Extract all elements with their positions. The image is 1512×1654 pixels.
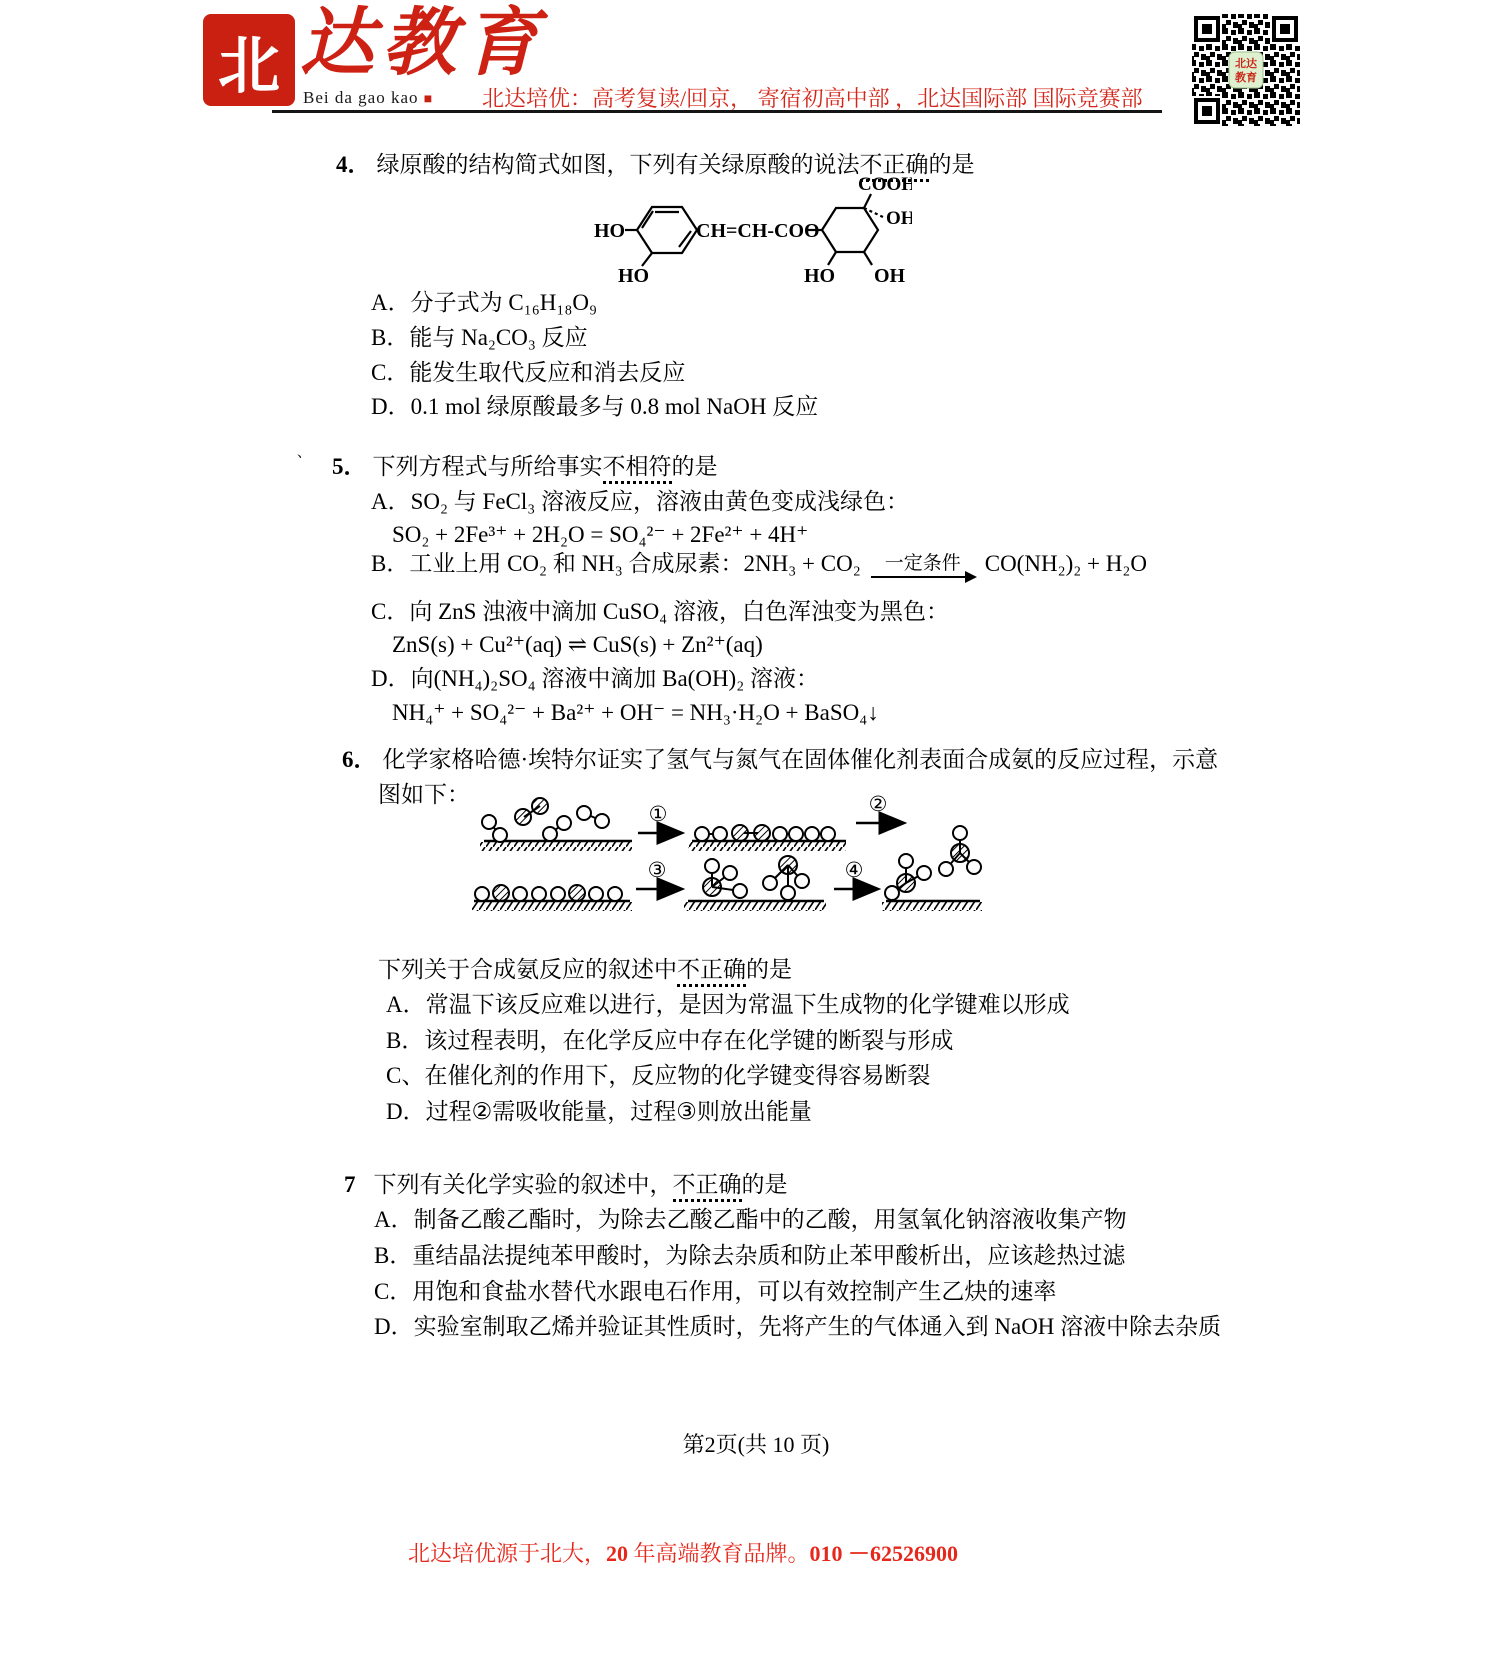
haber-process-diagram: ① ② ③	[472, 793, 982, 915]
catalyst-surfaces-row1	[480, 841, 846, 851]
q4-option-d-text: 0.1 mol 绿原酸最多与 0.8 mol NaOH 反应	[411, 392, 819, 422]
banner-phone: 010 －62526900	[810, 1541, 959, 1566]
step4-label: ④	[845, 858, 864, 882]
q5-stem: 5．下列方程式与所给事实不相符的是	[332, 452, 718, 482]
q6-option-c-label: C、	[386, 1061, 424, 1091]
q5-option-d-equation: NH₄⁺ + SO₄²⁻ + Ba²⁺ + OH⁻ = NH₃·H₂O + Ba…	[392, 698, 879, 728]
q7-option-b-text: 重结晶法提纯苯甲酸时，为除去杂质和防止苯甲酸析出，应该趁热过滤	[412, 1241, 1125, 1271]
q5-option-d-text: 向(NH₄)₂SO₄ 溶液中滴加 Ba(OH)₂ 溶液：	[411, 664, 819, 694]
logo-subtitle-square-icon: ■	[424, 92, 433, 107]
q5-option-a-equation: SO₂ + 2Fe³⁺ + 2H₂O = SO₄²⁻ + 2Fe²⁺ + 4H⁺	[392, 520, 808, 550]
q6-number: 6．	[342, 747, 377, 772]
structure-oh-bottom: OH	[874, 265, 906, 286]
q5-stray-mark: 、	[297, 442, 311, 462]
q7-stem-emphasis: 不正确	[673, 1172, 742, 1202]
q4-stem-post: 的是	[929, 152, 975, 177]
qr-code: 北达 教育	[1190, 12, 1302, 128]
q5-option-c: C． 向 ZnS 浊液中滴加 CuSO₄ 溶液，白色浑浊变为黑色：	[371, 597, 949, 627]
q4-option-c-label: C．	[371, 358, 409, 388]
logo-seal-char: 北	[218, 16, 280, 105]
q6-option-a: A． 常温下该反应难以进行，是因为常温下生成物的化学键难以形成	[386, 990, 1070, 1020]
q6-option-c-text: 在催化剂的作用下，反应物的化学键变得容易断裂	[424, 1061, 930, 1091]
q7-option-a-text: 制备乙酸乙酯时，为除去乙酸乙酯中的乙酸，用氢氧化钠溶液收集产物	[414, 1205, 1127, 1235]
q6-stem-line1: 6．化学家格哈德·埃特尔证实了氢气与氮气在固体催化剂表面合成氨的反应过程，示意	[342, 745, 1218, 775]
logo-subtitle-text: Bei da gao kao	[303, 88, 419, 107]
q7-option-c: C． 用饱和食盐水替代水跟电石作用，可以有效控制产生乙炔的速率	[374, 1277, 1056, 1307]
adsorbed-molecules	[695, 825, 835, 841]
released-ammonia	[885, 826, 981, 900]
q7-option-c-label: C．	[374, 1277, 412, 1307]
q4-option-d-label: D．	[371, 392, 411, 422]
q7-option-a-label: A．	[374, 1205, 414, 1235]
q7-option-c-text: 用饱和食盐水替代水跟电石作用，可以有效控制产生乙炔的速率	[412, 1277, 1056, 1307]
q5-option-b-pre: 工业上用 CO₂ 和 NH₃ 合成尿素：2NH₃ + CO₂	[409, 549, 860, 579]
q5-option-d: D． 向(NH₄)₂SO₄ 溶液中滴加 Ba(OH)₂ 溶液：	[371, 664, 819, 694]
q5-option-c-text: 向 ZnS 浊液中滴加 CuSO₄ 溶液，白色浑浊变为黑色：	[409, 597, 949, 627]
step3-label: ③	[648, 858, 667, 882]
header-divider	[272, 110, 1162, 113]
q7-option-d: D． 实验室制取乙烯并验证其性质时，先将产生的气体通入到 NaOH 溶液中除去杂…	[374, 1312, 1221, 1342]
q6-option-d-label: D．	[386, 1097, 426, 1127]
q5-option-a: A． SO₂ 与 FeCl₃ 溶液反应，溶液由黄色变成浅绿色：	[371, 487, 909, 517]
q5-option-b: B． 工业上用 CO₂ 和 NH₃ 合成尿素：2NH₃ + CO₂ 一定条件 C…	[371, 549, 1147, 579]
q4-option-c: C． 能发生取代反应和消去反应	[371, 358, 685, 388]
q5-number: 5．	[332, 454, 367, 479]
q5-reaction-condition-arrow: 一定条件	[871, 554, 975, 578]
q6-stem-line2: 图如下：	[378, 780, 470, 810]
q7-option-d-text: 实验室制取乙烯并验证其性质时，先将产生的气体通入到 NaOH 溶液中除去杂质	[414, 1312, 1222, 1342]
qr-badge-line2: 教育	[1234, 70, 1257, 84]
q5-option-c-label: C．	[371, 597, 409, 627]
q7-option-d-label: D．	[374, 1312, 414, 1342]
q6-option-b-label: B．	[386, 1026, 424, 1056]
dissociated-atoms	[475, 885, 622, 901]
step2-label: ②	[869, 793, 888, 816]
q6-substem-post: 的是	[746, 957, 792, 982]
q5-arrow-condition-label: 一定条件	[885, 554, 961, 574]
q4-option-a-text: 分子式为 C₁₆H₁₈O₉	[411, 288, 597, 318]
q6-stem-text1: 化学家格哈德·埃特尔证实了氢气与氮气在固体催化剂表面合成氨的反应过程，示意	[383, 747, 1219, 772]
q4-option-b-text: 能与 Na₂CO₃ 反应	[409, 323, 587, 353]
structure-chain: CH=CH-COO	[696, 220, 820, 242]
q6-option-b: B． 该过程表明，在化学反应中存在化学键的断裂与形成	[386, 1026, 953, 1056]
logo-brand-text: 达教育	[300, 2, 546, 86]
page-number: 第2页(共 10 页)	[0, 1428, 1512, 1459]
q6-substem: 下列关于合成氨反应的叙述中不正确的是	[378, 955, 792, 985]
q7-number: 7	[344, 1172, 356, 1197]
q5-option-c-equation: ZnS(s) + Cu²⁺(aq) ⇌ CuS(s) + Zn²⁺(aq)	[392, 630, 763, 660]
gas-molecules	[482, 798, 609, 842]
banner-bold-years: 20	[606, 1541, 628, 1566]
q7-option-b: B． 重结晶法提纯苯甲酸时，为除去杂质和防止苯甲酸析出，应该趁热过滤	[374, 1241, 1125, 1271]
q4-option-a-label: A．	[371, 288, 411, 318]
q4-stem-pre: 绿原酸的结构简式如图，下列有关绿原酸的说法	[377, 152, 860, 177]
q4-option-c-text: 能发生取代反应和消去反应	[409, 358, 685, 388]
structure-ho-under-ring: HO	[618, 265, 649, 286]
logo-seal: 北	[203, 14, 295, 106]
q7-option-b-label: B．	[374, 1241, 412, 1271]
structure-ho-bottom: HO	[804, 265, 835, 286]
qr-badge-line1: 北达	[1235, 56, 1257, 70]
q6-option-a-text: 常温下该反应难以进行，是因为常温下生成物的化学键难以形成	[426, 990, 1070, 1020]
bottom-banner: 北达培优源于北大，20 年高端教育品牌。010 －62526900	[408, 1537, 958, 1568]
banner-part2: 年高端教育品牌。	[628, 1541, 810, 1566]
q5-option-a-label: A．	[371, 487, 411, 517]
exam-page: 北 达教育 Bei da gao kao ■ 北达培优：高考复读/回京， 寄宿初…	[0, 0, 1512, 1654]
qr-center-badge: 北达 教育	[1229, 52, 1263, 88]
q7-stem: 7下列有关化学实验的叙述中，不正确的是	[344, 1170, 788, 1200]
q5-option-b-post: CO(NH₂)₂ + H₂O	[985, 549, 1147, 579]
q6-option-d-text: 过程②需吸收能量，过程③则放出能量	[426, 1097, 812, 1127]
structure-ho-left: HO	[594, 220, 625, 242]
q4-option-b: B． 能与 Na₂CO₃ 反应	[371, 323, 588, 353]
q5-option-b-label: B．	[371, 549, 409, 579]
structure-oh-top: OH	[886, 208, 912, 229]
banner-part1: 北达培优源于北大，	[408, 1541, 606, 1566]
q7-stem-post: 的是	[742, 1172, 788, 1197]
q5-arrow-line	[871, 576, 975, 578]
q6-substem-emphasis: 不正确	[677, 957, 746, 987]
header-tagline: 北达培优：高考复读/回京， 寄宿初高中部 ，北达国际部 国际竞赛部	[482, 82, 1143, 113]
q7-stem-pre: 下列有关化学实验的叙述中，	[374, 1172, 673, 1197]
q5-stem-pre: 下列方程式与所给事实	[373, 454, 603, 479]
catalyst-surfaces-row2	[472, 901, 982, 911]
chlorogenic-acid-structure: HO HO CH=CH-COO COOH OH HO OH	[592, 176, 912, 286]
q6-option-b-text: 该过程表明，在化学反应中存在化学键的断裂与形成	[424, 1026, 953, 1056]
q5-stem-emphasis: 不相符	[603, 454, 672, 484]
forming-ammonia	[703, 856, 809, 900]
q6-substem-pre: 下列关于合成氨反应的叙述中	[378, 957, 677, 982]
q4-number: 4．	[336, 152, 371, 177]
structure-cooh: COOH	[858, 176, 912, 195]
step1-label: ①	[649, 802, 668, 826]
logo-subtitle: Bei da gao kao ■	[303, 88, 433, 108]
q5-option-a-text: SO₂ 与 FeCl₃ 溶液反应，溶液由黄色变成浅绿色：	[411, 487, 909, 517]
q4-option-a: A． 分子式为 C₁₆H₁₈O₉	[371, 288, 597, 318]
q4-option-b-label: B．	[371, 323, 409, 353]
q5-option-d-label: D．	[371, 664, 411, 694]
q6-option-d: D． 过程②需吸收能量，过程③则放出能量	[386, 1097, 812, 1127]
q5-stem-post: 的是	[672, 454, 718, 479]
q7-option-a: A． 制备乙酸乙酯时，为除去乙酸乙酯中的乙酸，用氢氧化钠溶液收集产物	[374, 1205, 1127, 1235]
q6-option-c: C、 在催化剂的作用下，反应物的化学键变得容易断裂	[386, 1061, 930, 1091]
q4-option-d: D． 0.1 mol 绿原酸最多与 0.8 mol NaOH 反应	[371, 392, 818, 422]
q6-option-a-label: A．	[386, 990, 426, 1020]
